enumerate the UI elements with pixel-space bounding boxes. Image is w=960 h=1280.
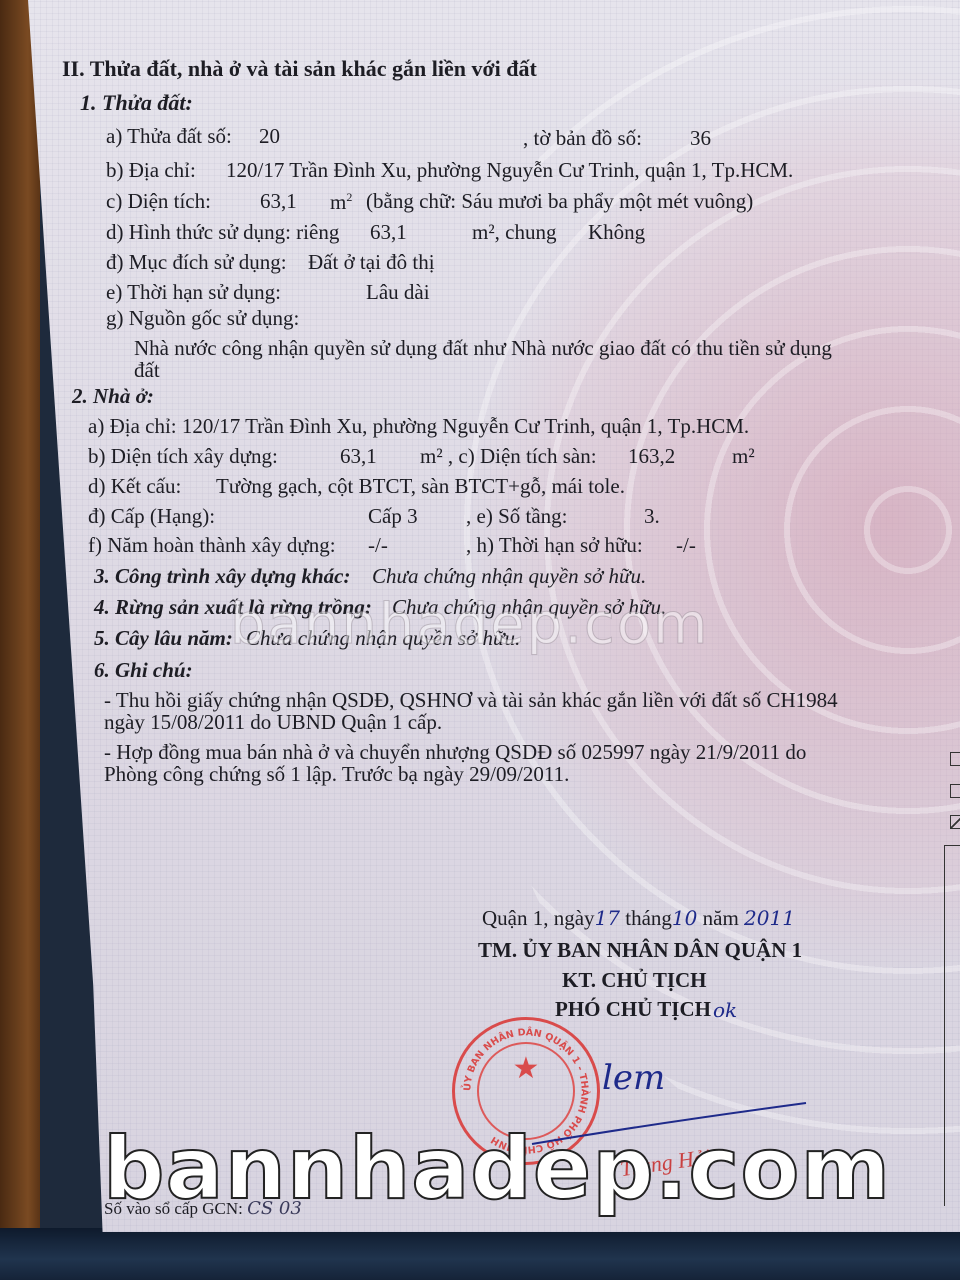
area-value: 63,1 xyxy=(260,191,297,212)
map-sheet-number: 36 xyxy=(690,128,711,149)
notes-heading: 6. Ghi chú: xyxy=(94,660,193,681)
purpose-label: đ) Mục đích sử dụng: xyxy=(106,252,287,273)
purpose-value: Đất ở tại đô thị xyxy=(308,252,435,273)
note-line: - Hợp đồng mua bán nhà ở và chuyển nhượn… xyxy=(104,742,806,763)
ownership-term-label: , h) Thời hạn sở hữu: xyxy=(466,535,643,556)
completion-year-label: f) Năm hoàn thành xây dựng: xyxy=(88,535,336,556)
parcel-number: 20 xyxy=(259,126,280,147)
signing-role-2: PHÓ CHỦ TỊCH xyxy=(555,999,711,1020)
usage-private-area: 63,1 xyxy=(370,222,407,243)
other-structures-label: 3. Công trình xây dựng khác: xyxy=(94,566,350,587)
area-unit: m2 xyxy=(330,191,352,213)
built-area-label: b) Diện tích xây dựng: xyxy=(88,446,278,467)
address-label: b) Địa chỉ: xyxy=(106,160,196,181)
land-address: 120/17 Trần Đình Xu, phường Nguyễn Cư Tr… xyxy=(226,160,793,181)
parcel-label: a) Thửa đất số: xyxy=(106,126,232,147)
note-line: ngày 15/08/2011 do UBND Quận 1 cấp. xyxy=(104,712,442,733)
legend-box-hatched xyxy=(950,815,960,829)
signing-authority: TM. ỦY BAN NHÂN DÂN QUẬN 1 xyxy=(478,940,802,961)
handwritten-year: 2011 xyxy=(744,906,795,930)
area-in-words: (bằng chữ: Sáu mươi ba phẩy một mét vuôn… xyxy=(366,191,753,212)
faint-watermark: bannhadep.com xyxy=(230,592,710,657)
grade-value: Cấp 3 xyxy=(368,506,418,527)
floor-area-label: m² , c) Diện tích sàn: xyxy=(420,446,597,467)
origin-text-line1: Nhà nước công nhận quyền sử dụng đất như… xyxy=(134,338,832,359)
term-label: e) Thời hạn sử dụng: xyxy=(106,282,281,303)
completion-year-value: -/- xyxy=(368,535,388,556)
signature-scribble: lem xyxy=(602,1058,665,1098)
side-frame xyxy=(944,845,960,1206)
legend-box-empty xyxy=(950,752,960,766)
grade-label: đ) Cấp (Hạng): xyxy=(88,506,215,527)
usage-form-label: d) Hình thức sử dụng: riêng xyxy=(106,222,339,243)
map-sheet-label: , tờ bản đồ số: xyxy=(523,128,642,149)
origin-label: g) Nguồn gốc sử dụng: xyxy=(106,308,299,329)
star-icon: ★ xyxy=(455,1054,597,1084)
handwritten-day: 17 xyxy=(595,906,620,930)
other-structures-value: Chưa chứng nhận quyền sở hữu. xyxy=(372,566,646,587)
origin-text-line2: đất xyxy=(134,360,160,381)
house-heading: 2. Nhà ở: xyxy=(72,386,154,407)
note-line: Phòng công chứng số 1 lập. Trước bạ ngày… xyxy=(104,764,569,785)
floor-area-value: 163,2 xyxy=(628,446,675,467)
house-address: a) Địa chỉ: 120/17 Trần Đình Xu, phường … xyxy=(88,416,749,437)
structure-label: d) Kết cấu: xyxy=(88,476,181,497)
ownership-term-value: -/- xyxy=(676,535,696,556)
usage-shared-label: m², chung xyxy=(472,222,556,243)
structure-value: Tường gạch, cột BTCT, sàn BTCT+gỗ, mái t… xyxy=(216,476,625,497)
land-heading: 1. Thửa đất: xyxy=(80,92,193,114)
note-line: - Thu hồi giấy chứng nhận QSDĐ, QSHNƠ và… xyxy=(104,690,838,711)
floors-label: , e) Số tầng: xyxy=(466,506,567,527)
usage-shared-value: Không xyxy=(588,222,645,243)
section-title: II. Thửa đất, nhà ở và tài sản khác gắn … xyxy=(62,58,537,80)
floors-value: 3. xyxy=(644,506,660,527)
watermark-text: bannhadep.com xyxy=(103,1126,891,1212)
handwritten-initial: ok xyxy=(713,998,737,1022)
built-area-value: 63,1 xyxy=(340,446,377,467)
term-value: Lâu dài xyxy=(366,282,430,303)
certificate-content: II. Thửa đất, nhà ở và tài sản khác gắn … xyxy=(0,0,960,1280)
signing-role-1: KT. CHỦ TỊCH xyxy=(562,970,707,991)
place-date: Quận 1, ngày17 tháng10 năm 2011 xyxy=(482,908,795,929)
floor-area-unit: m² xyxy=(732,446,755,467)
perennial-trees-label: 5. Cây lâu năm: xyxy=(94,628,233,649)
handwritten-month: 10 xyxy=(672,906,697,930)
legend-box-dotted xyxy=(950,784,960,798)
area-label: c) Diện tích: xyxy=(106,191,211,212)
